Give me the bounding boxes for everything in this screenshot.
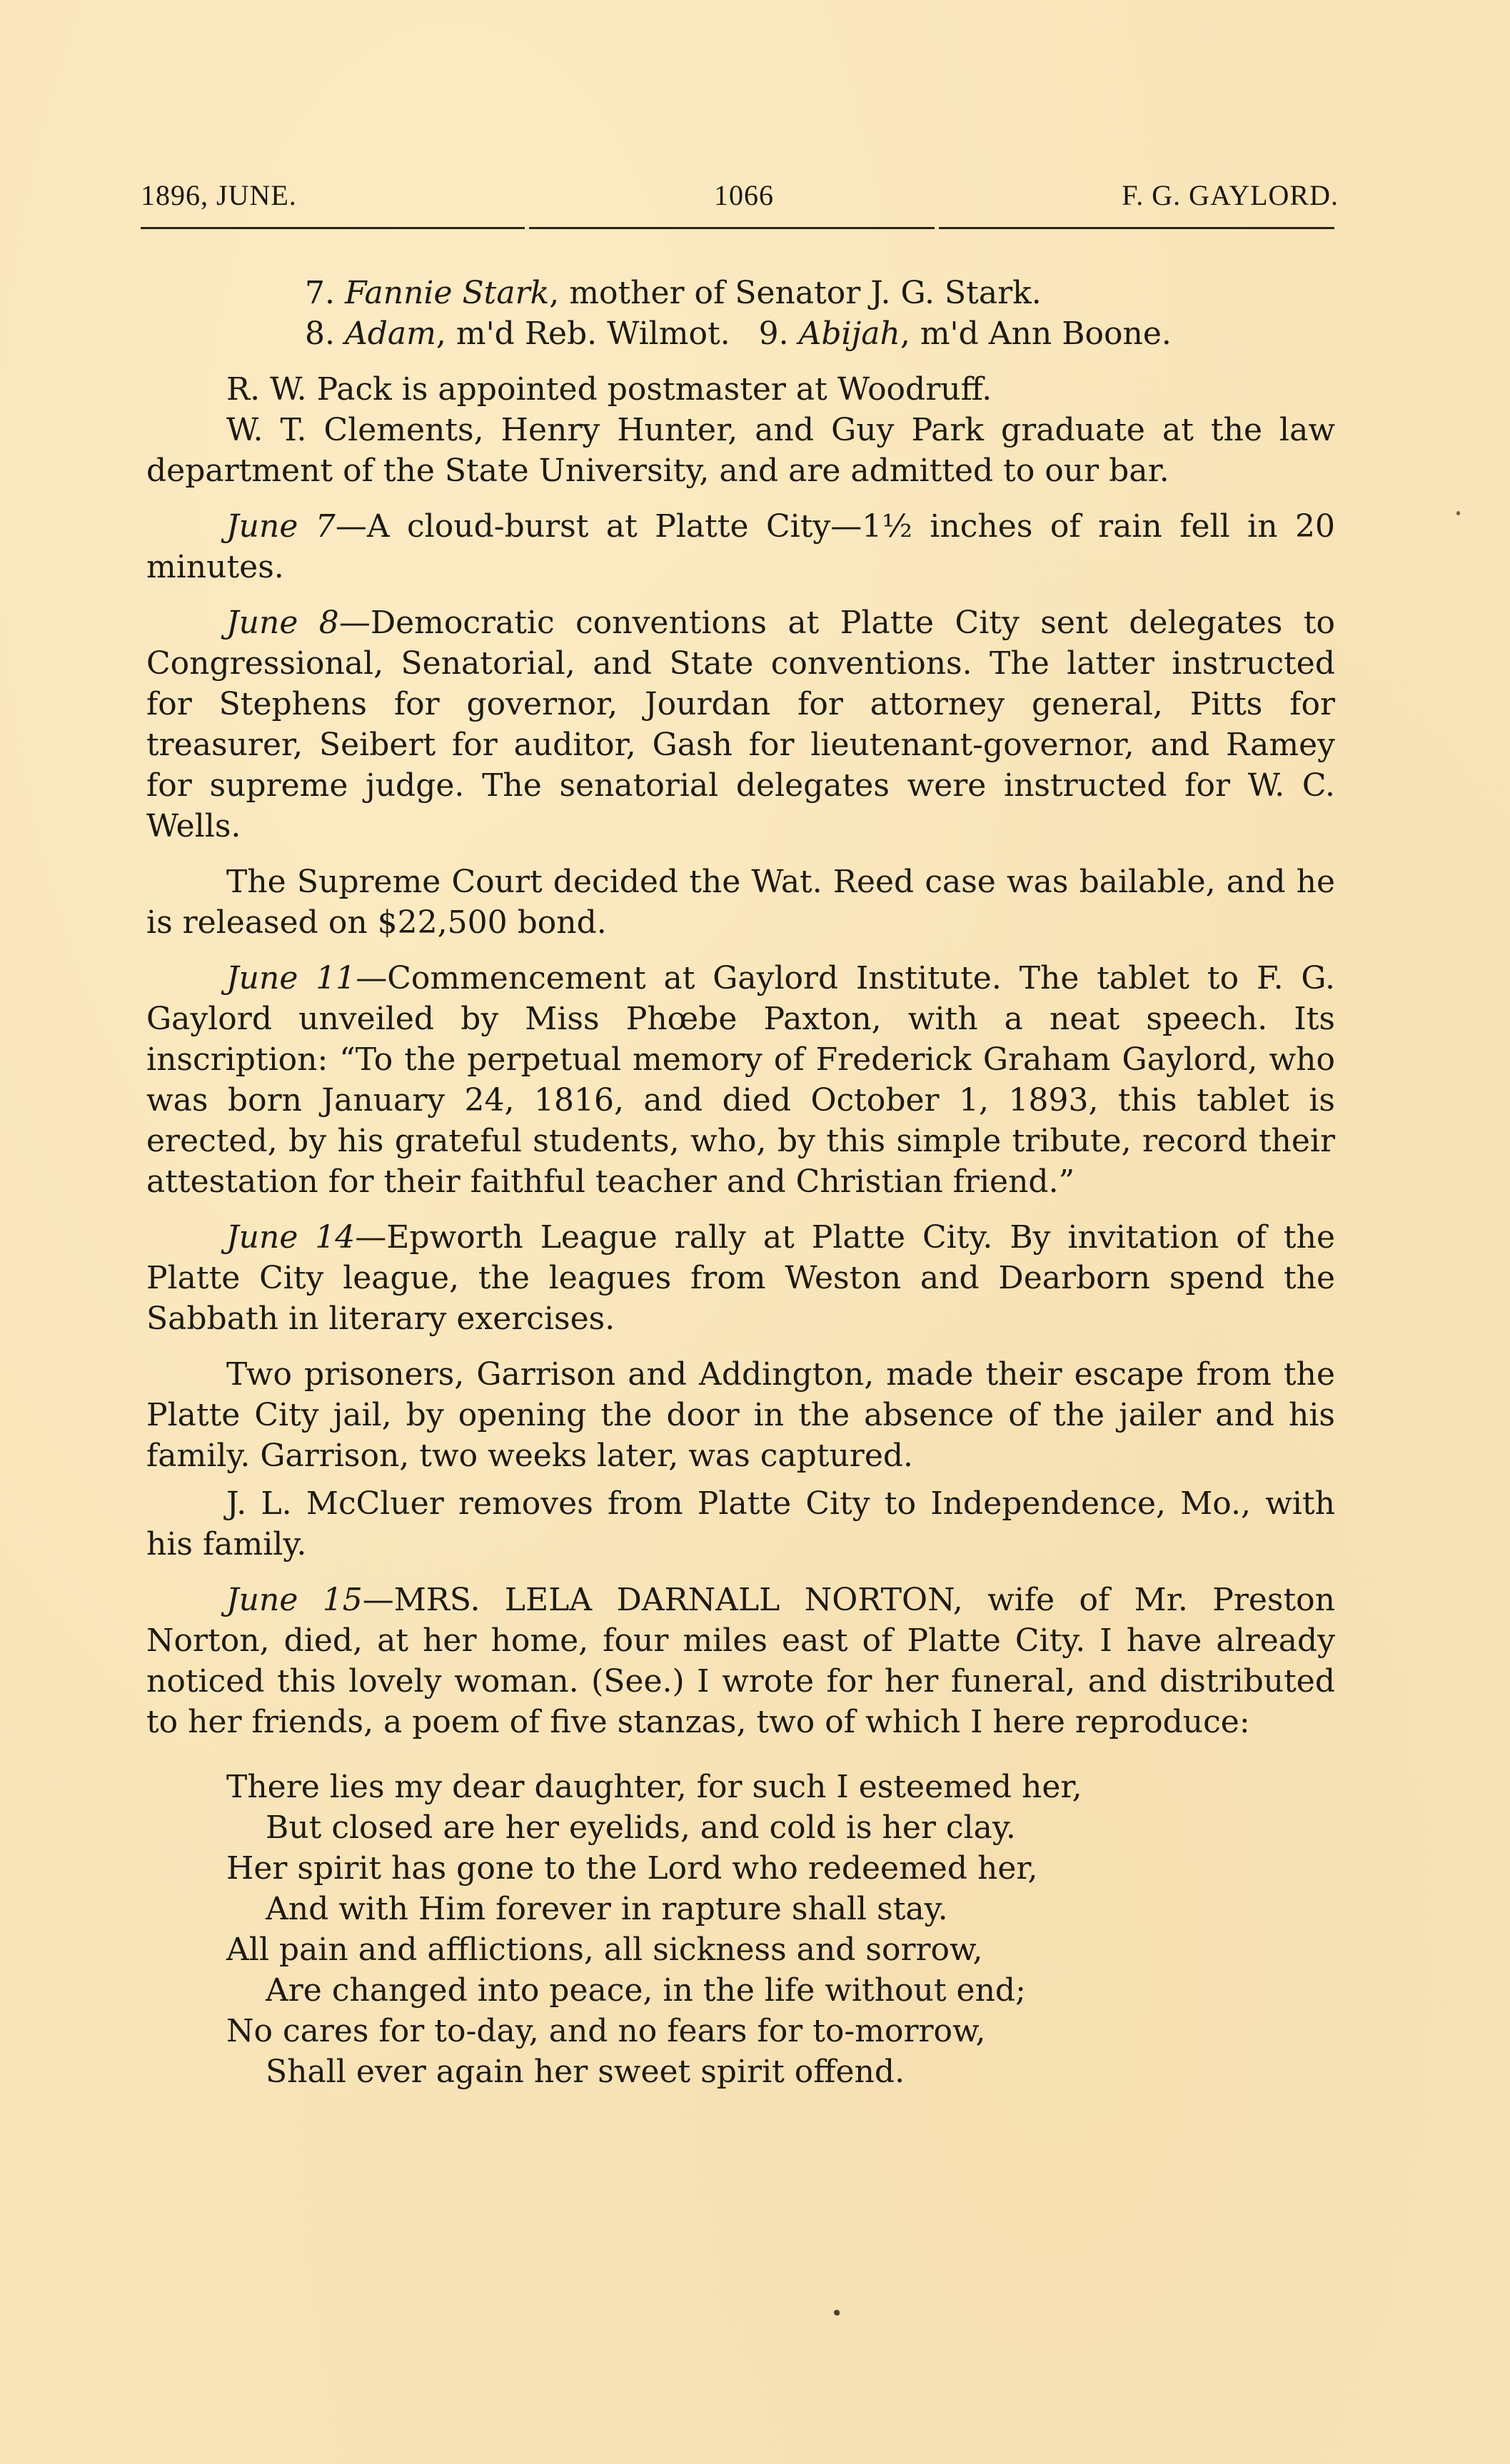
- paragraph-prisoners: Two prisoners, Garrison and Addington, m…: [146, 1354, 1335, 1476]
- paragraph-pack: R. W. Pack is appointed postmaster at Wo…: [146, 369, 1335, 410]
- genealogy-entry-7: 7. Fannie Stark, mother of Senator J. G.…: [146, 273, 1335, 313]
- poem-line: All pain and afflictions, all sickness a…: [226, 1929, 1335, 1970]
- entry-number: 7.: [305, 275, 335, 311]
- entry-text: , m'd Reb. Wilmot.: [436, 315, 730, 352]
- entry-text: , m'd Ann Boone.: [900, 315, 1172, 352]
- entry-date: June 15: [226, 1582, 363, 1618]
- paragraph-june-7: June 7—A cloud-burst at Platte City—1½ i…: [146, 506, 1335, 587]
- paragraph-clements: W. T. Clements, Henry Hunter, and Guy Pa…: [146, 410, 1335, 491]
- poem-line: But closed are her eyelids, and cold is …: [226, 1807, 1335, 1848]
- entry-text: , mother of Senator J. G. Stark.: [549, 275, 1041, 311]
- paragraph-june-8: June 8—Democratic conventions at Platte …: [146, 602, 1335, 847]
- poem: There lies my dear daughter, for such I …: [146, 1767, 1335, 2092]
- rule-gap: [935, 226, 939, 232]
- header-date: 1896, JUNE.: [141, 178, 297, 212]
- entry-date: June 8: [226, 605, 339, 641]
- paragraph-june-15: June 15—MRS. LELA DARNALL NORTON, wife o…: [146, 1580, 1335, 1742]
- entry-name: Fannie Stark: [345, 275, 549, 311]
- entry-date: June 7: [226, 508, 336, 545]
- entry-name: Abijah: [799, 315, 900, 352]
- poem-line: And with Him forever in rapture shall st…: [226, 1889, 1335, 1929]
- entry-name: Adam: [345, 315, 436, 352]
- ink-speck: [834, 2310, 840, 2316]
- poem-line: Are changed into peace, in the life with…: [226, 1970, 1335, 2011]
- entry-number: 8.: [305, 315, 335, 352]
- paragraph-june-14: June 14—Epworth League rally at Platte C…: [146, 1217, 1335, 1339]
- header-author: F. G. GAYLORD.: [1122, 178, 1339, 212]
- page-number: 1066: [714, 178, 774, 212]
- ink-speck: [1456, 511, 1460, 515]
- running-header: 1896, JUNE. 1066 F. G. GAYLORD.: [146, 178, 1335, 221]
- poem-line: There lies my dear daughter, for such I …: [226, 1767, 1335, 1807]
- paragraph-june-11: June 11—Commencement at Gaylord Institut…: [146, 958, 1335, 1202]
- entry-date: June 14: [226, 1219, 355, 1256]
- poem-line: Her spirit has gone to the Lord who rede…: [226, 1848, 1335, 1889]
- entry-number: 9.: [759, 315, 789, 352]
- poem-line: Shall ever again her sweet spirit offend…: [226, 2051, 1335, 2092]
- rule-gap: [525, 226, 529, 232]
- body-text: 7. Fannie Stark, mother of Senator J. G.…: [146, 273, 1335, 2092]
- entry-date: June 11: [226, 960, 356, 996]
- paragraph-mccluer: J. L. McCluer removes from Platte City t…: [146, 1483, 1335, 1565]
- paragraph-reed-case: The Supreme Court decided the Wat. Reed …: [146, 862, 1335, 943]
- poem-line: No cares for to-day, and no fears for to…: [226, 2011, 1335, 2051]
- genealogy-entry-8-9: 8. Adam, m'd Reb. Wilmot.9. Abijah, m'd …: [146, 313, 1335, 354]
- header-rule: [141, 227, 1334, 229]
